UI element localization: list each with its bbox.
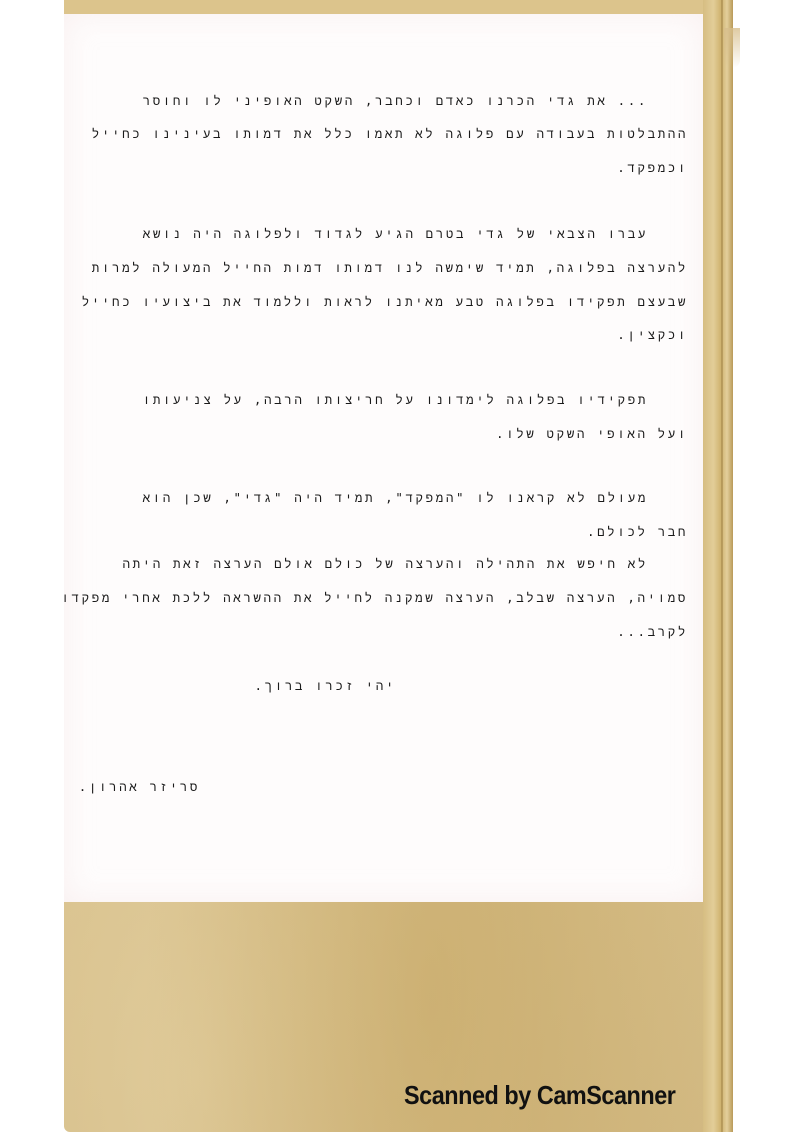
text-line: סמויה, הערצה שבלב, הערצה שמקנה לחייל את … bbox=[61, 592, 688, 605]
page-stack-edge bbox=[703, 0, 733, 1132]
text-line: לא חיפש את התהילה והערצה של כולם אולם הע… bbox=[122, 558, 648, 571]
text-line: מעולם לא קראנו לו "המפקד", תמיד היה "גדי… bbox=[143, 492, 648, 505]
text-line: ... את גדי הכרנו כאדם וכחבר, השקט האופינ… bbox=[143, 95, 648, 108]
text-line: ועל האופי השקט שלו. bbox=[496, 428, 688, 441]
text-line: תפקידיו בפלוגה לימדונו על חריצותו הרבה, … bbox=[143, 394, 648, 407]
camscanner-watermark: Scanned by CamScanner bbox=[404, 1080, 675, 1111]
closing-line: יהי זכרו ברוך. bbox=[255, 680, 397, 693]
text-line: שבעצם תפקידו בפלוגה טבע מאיתנו לראות ולל… bbox=[82, 296, 688, 309]
signature: סריזר אהרון. bbox=[79, 781, 200, 794]
typed-page bbox=[64, 14, 703, 902]
text-line: חבר לכולם. bbox=[587, 526, 688, 539]
text-line: להערצה בפלוגה, תמיד שימשה לנו דמותו דמות… bbox=[92, 262, 688, 275]
text-line: ההתבלטות בעבודה עם פלוגה לא תאמו כלל את … bbox=[92, 128, 688, 141]
text-line: עברו הצבאי של גדי בטרם הגיע לגדוד ולפלוג… bbox=[143, 228, 648, 241]
text-line: לקרב... bbox=[617, 626, 688, 639]
text-line: וכמפקד. bbox=[617, 162, 688, 175]
water-stain bbox=[724, 28, 740, 68]
text-line: וכקצין. bbox=[617, 329, 688, 342]
